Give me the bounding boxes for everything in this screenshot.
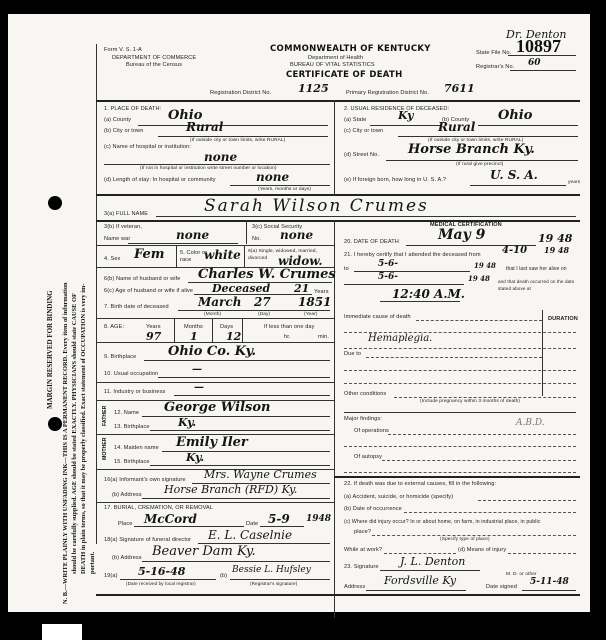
time-of-death: 12:40 A.M.: [392, 287, 465, 301]
burial-label: 17. BURIAL, CREMATION, OR REMOVAL: [104, 505, 213, 511]
margin-note-line1: N. B.—WRITE PLAINLY WITH UNFADING INK—TH…: [62, 282, 69, 604]
less-day-label: If less than one day: [264, 324, 315, 330]
death-date-label: 20. DATE OF DEATH: [344, 239, 399, 245]
death-certificate: MARGIN RESERVED FOR BINDING N. B.—WRITE …: [8, 14, 590, 612]
external-label: 22. If death was due to external causes,…: [344, 481, 496, 487]
registrar-signature: Bessie L. Hufsley: [232, 565, 311, 575]
to-label: to: [344, 266, 349, 272]
father-birthplace-label: 13. Birthplace: [114, 424, 150, 430]
father-birthplace-value: Ky.: [178, 416, 196, 429]
accident-label: (a) Accident, suicide, or homicide (spec…: [344, 494, 453, 500]
means-label: (d) Means of injury: [458, 547, 506, 553]
reg-district-label: Registration District No.: [210, 90, 271, 96]
stay-label: (d) Length of stay: In hospital or commu…: [104, 177, 216, 183]
year-label: (Year): [304, 312, 318, 317]
birthplace-label: 9. Birthplace: [104, 354, 136, 360]
mother-name-value: Emily Iler: [176, 435, 248, 450]
received-label: 19(a): [104, 573, 118, 579]
father-tag: FATHER: [102, 406, 108, 426]
mother-birthplace-label: 15. Birthplace: [114, 459, 150, 465]
full-name-value: Sarah Wilson Crumes: [204, 196, 429, 216]
county-label: (a) County: [104, 117, 131, 123]
duration-label: DURATION: [548, 316, 578, 322]
immediate-cause: Hemaplegia.: [368, 333, 432, 344]
at-work-label: While at work?: [344, 547, 382, 553]
primary-reg: 7611: [444, 82, 475, 95]
burial-year: 1948: [306, 514, 331, 524]
father-name-label: 12. Name: [114, 410, 139, 416]
spouse-value: Charles W. Crumes: [198, 267, 336, 282]
state-title: COMMONWEALTH OF KENTUCKY: [270, 44, 431, 54]
margin-binding-note: MARGIN RESERVED FOR BINDING: [46, 290, 54, 409]
certifier-address: Fordsville Ky: [384, 574, 456, 587]
age-label: 8. AGE:: [104, 324, 124, 330]
form-number: Form V. S. 1-A: [104, 47, 142, 53]
registrar-note: (Registrar's signature): [250, 581, 297, 586]
burial-place-label: Place: [118, 521, 133, 527]
spouse-label: 6(b) Name of husband or wife: [104, 276, 181, 282]
occurrence-label: (b) Date of occurrence: [344, 506, 402, 512]
where-label2: place?: [354, 529, 371, 535]
state-file-label: State File No.: [476, 50, 511, 56]
birthplace-value: Ohio Co. Ky.: [168, 344, 256, 359]
industry-value: —: [194, 382, 204, 393]
hr-label: hr.: [284, 334, 291, 340]
certifier-signature: J. L. Denton: [400, 555, 465, 568]
mother-birthplace-value: Ky.: [186, 451, 204, 464]
res-city-value: Rural: [438, 120, 475, 134]
major-label: Major findings:: [344, 416, 382, 422]
immediate-label: Immediate cause of death: [344, 314, 411, 320]
where-note: (Specify type of place): [440, 537, 490, 542]
spouse-age-label: 6(c) Age of husband or wife if alive: [104, 288, 193, 294]
sex-value: Fem: [134, 247, 165, 262]
certifier-address-label: Address: [344, 584, 365, 590]
street-note: (If rural give precinct): [456, 162, 503, 167]
veteran-label: 3(b) If veteran,: [104, 224, 142, 230]
last-saw-value: 5-6-: [378, 272, 398, 282]
date-signed: 5-11-48: [530, 577, 569, 587]
place-of-death-label: 1. PLACE OF DEATH:: [104, 106, 161, 112]
other-note: (Include pregnancy within 3 months of de…: [420, 399, 520, 404]
bureau-label: Bureau of the Census: [126, 62, 182, 68]
stay-value: none: [256, 170, 289, 184]
mother-tag: MOTHER: [102, 438, 108, 460]
birth-month: March: [198, 295, 241, 309]
city-note: (If outside city or town limits, write R…: [190, 138, 285, 143]
film-tab: [42, 624, 82, 640]
race-value: white: [204, 248, 241, 262]
occupation-label: 10. Usual occupation: [104, 371, 158, 377]
street-value: Horse Branch Ky.: [408, 142, 535, 157]
attended-from-year: 19 48: [544, 245, 569, 255]
mother-name-label: 14. Maiden name: [114, 445, 159, 451]
war-label: Name war: [104, 236, 130, 242]
death-year: 19 48: [538, 232, 572, 245]
department-label: DEPARTMENT OF COMMERCE: [112, 55, 196, 61]
hospital-value: none: [204, 150, 237, 164]
ss-value: none: [280, 228, 313, 242]
bureau-vital: BUREAU OF VITAL STATISTICS: [290, 62, 375, 68]
birth-day: 27: [254, 295, 271, 309]
director-label: 18(a) Signature of funeral director: [104, 537, 191, 543]
registrar-no: 60: [528, 58, 541, 68]
margin-note-line4: portant.: [89, 552, 96, 574]
marital-value: widow.: [278, 254, 323, 268]
registrar-no-label: Registrar's No.: [476, 64, 514, 70]
birth-label: 7. Birth date of deceased: [104, 304, 169, 310]
full-name-label: 3(a) FULL NAME: [104, 211, 148, 217]
birth-year: 1851: [298, 295, 331, 309]
street-label: (d) Street No.: [344, 152, 379, 158]
received-date: 5-16-48: [138, 565, 185, 578]
burial-date: 5-9: [268, 512, 290, 526]
city-label: (b) City or town: [104, 128, 144, 134]
operations-label: Of operations: [354, 428, 389, 434]
last-saw-label: that I last saw her alive on: [506, 266, 567, 272]
father-name-value: George Wilson: [164, 400, 270, 415]
day-label: (Day): [258, 312, 270, 317]
due-to-label: Due to: [344, 351, 361, 357]
attended-from: 4-10: [502, 245, 527, 256]
director-address: Beaver Dam Ky.: [152, 544, 256, 559]
received-note: (Date received by local registrar): [126, 581, 196, 586]
margin-note-line2: should be carefully supplied. AGE should…: [71, 293, 78, 574]
war-value: none: [176, 228, 209, 242]
res-state-label: (a) State: [344, 117, 366, 123]
margin-note-line3: DEATH in plain terms, so that it may be …: [80, 284, 87, 574]
burial-date-label: Date: [246, 521, 258, 527]
min-label: min.: [318, 334, 329, 340]
autopsy-label: Of autopsy: [354, 454, 382, 460]
operations-mark: A.B.D.: [516, 418, 545, 428]
informant-address-label: (b) Address: [112, 492, 142, 498]
hospital-label: (c) Name of hospital or institution:: [104, 144, 191, 150]
registrar-sig-label: (b): [220, 573, 227, 579]
foreign-label: (e) If foreign born, how long in U. S. A…: [344, 177, 446, 183]
month-label: (Month): [204, 312, 221, 317]
res-city-label: (c) City or town: [344, 128, 383, 134]
res-county-value: Ohio: [498, 108, 532, 123]
attended-to: 5-6-: [378, 259, 398, 269]
reg-district: 1125: [298, 82, 329, 95]
other-label: Other conditions: [344, 391, 386, 397]
occupation-value: —: [192, 364, 202, 375]
dept-health: Department of Health: [308, 55, 363, 61]
binding-hole-top: [48, 196, 62, 210]
informant-address: Horse Branch (RFD) Ky.: [164, 483, 297, 496]
date-signed-label: Date signed: [486, 584, 517, 590]
state-file-no: 10897: [516, 36, 561, 57]
certificate-title: CERTIFICATE OF DEATH: [286, 70, 403, 80]
stay-note: (Years, months or days): [258, 187, 311, 192]
foreign-unit: years: [568, 180, 580, 185]
industry-label: 11. Industry or business: [104, 389, 165, 395]
res-state-value: Ky: [398, 109, 413, 122]
burial-place: McCord: [144, 512, 197, 526]
certifier-sig-label: 23. Signature: [344, 564, 379, 570]
last-saw-year: 19 48: [468, 274, 490, 283]
binding-hole-bottom: [48, 417, 62, 431]
attended-label: 21. I hereby certify that I attended the…: [344, 252, 481, 258]
ss-no-label: No.: [252, 236, 261, 242]
where-label: (c) Where did injury occur? In or about …: [344, 519, 541, 525]
death-occurred-label: and that death occurred on the date stat…: [498, 278, 578, 292]
sex-label: 4. Sex: [104, 256, 120, 262]
foreign-value: U. S. A.: [490, 168, 538, 182]
residence-label: 2. USUAL RESIDENCE OF DECEASED:: [344, 106, 449, 112]
director-address-label: (b) Address: [112, 555, 142, 561]
death-date-value: May 9: [438, 227, 485, 243]
primary-reg-label: Primary Registration District No.: [346, 90, 429, 96]
informant-signature: Mrs. Wayne Crumes: [204, 468, 317, 481]
death-city-value: Rural: [186, 120, 223, 134]
attended-to-year: 19 48: [474, 261, 496, 270]
director-signature: E. L. Caselnie: [208, 528, 292, 542]
